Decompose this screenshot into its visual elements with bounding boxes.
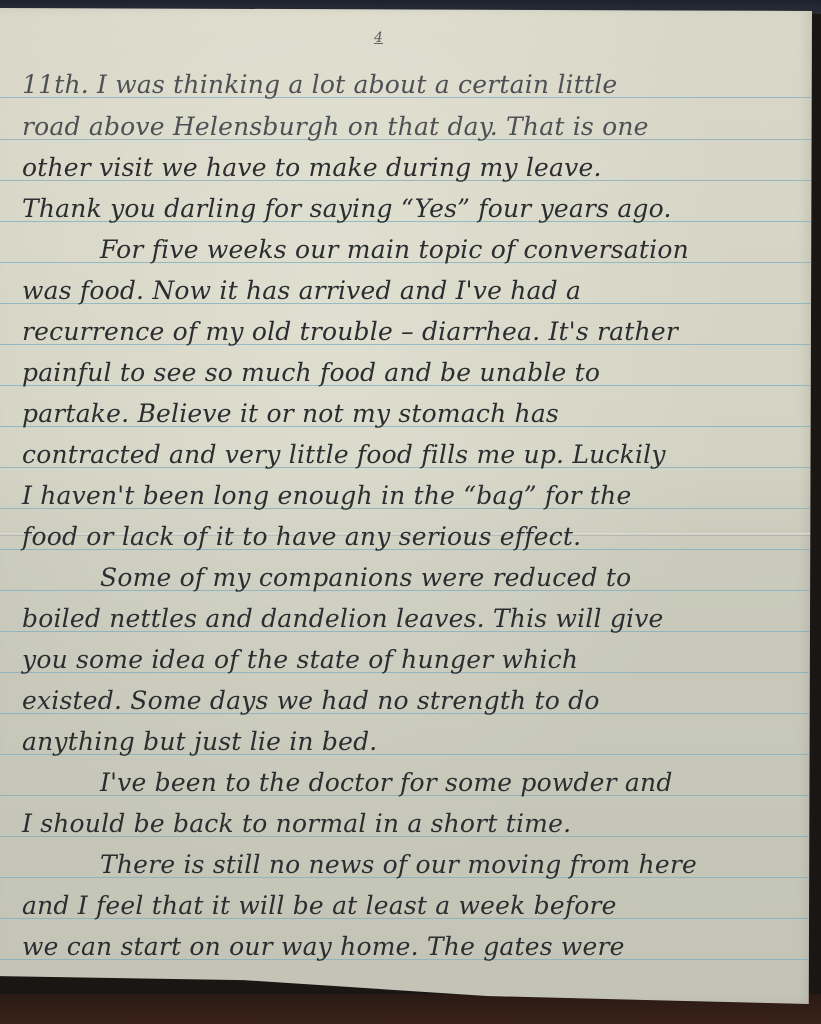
letter-line: anything but just lie in bed. bbox=[22, 727, 377, 757]
letter-line: For five weeks our main topic of convers… bbox=[100, 235, 689, 265]
letter-line: was food. Now it has arrived and I've ha… bbox=[22, 276, 581, 306]
letter-line: There is still no news of our moving fro… bbox=[100, 850, 697, 880]
letter-line: painful to see so much food and be unabl… bbox=[22, 358, 600, 388]
letter-line: recurrence of my old trouble – diarrhea.… bbox=[22, 317, 678, 347]
page-number: 4 bbox=[374, 30, 383, 46]
letter-line: Thank you darling for saying “Yes” four … bbox=[22, 194, 672, 224]
letter-line: I've been to the doctor for some powder … bbox=[100, 768, 673, 798]
letter-line: existed. Some days we had no strength to… bbox=[22, 686, 600, 716]
letter-line: food or lack of it to have any serious e… bbox=[22, 522, 581, 552]
letter-line: I haven't been long enough in the “bag” … bbox=[22, 481, 631, 511]
letter-line: road above Helensburgh on that day. That… bbox=[22, 112, 649, 142]
letter-line: and I feel that it will be at least a we… bbox=[22, 891, 617, 921]
letter-line: I should be back to normal in a short ti… bbox=[22, 809, 571, 839]
letter-line: 11th. I was thinking a lot about a certa… bbox=[22, 70, 617, 100]
letter-line: boiled nettles and dandelion leaves. Thi… bbox=[22, 604, 664, 634]
letter-page: 4 11th. I was thinking a lot about a cer… bbox=[0, 8, 812, 1004]
letter-line: you some idea of the state of hunger whi… bbox=[22, 645, 578, 675]
letter-line: partake. Believe it or not my stomach ha… bbox=[22, 399, 559, 429]
letter-line: other visit we have to make during my le… bbox=[22, 153, 602, 183]
letter-line: Some of my companions were reduced to bbox=[100, 563, 631, 593]
letter-line: we can start on our way home. The gates … bbox=[22, 932, 625, 962]
letter-line: contracted and very little food fills me… bbox=[22, 440, 666, 470]
